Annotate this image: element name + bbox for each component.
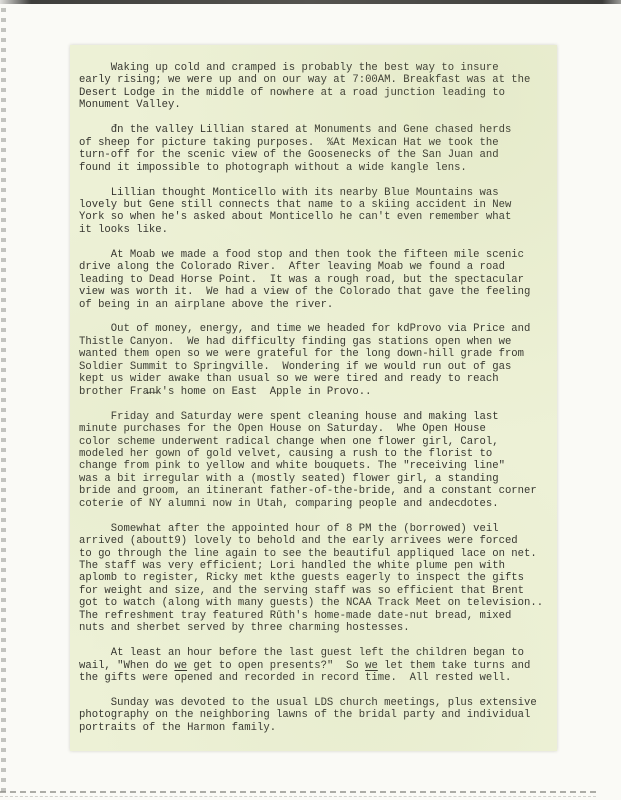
paragraph: Out of money, energy, and time we headed…: [79, 323, 554, 398]
paragraph: At Moab we made a food stop and then too…: [79, 249, 554, 311]
typed-line: coterie of NY alumni now in Utah, compar…: [79, 498, 554, 510]
typed-line: brother Fra̶n̶k's home on East Apple in …: [79, 386, 554, 398]
typed-line: it looks like.: [79, 224, 554, 236]
typed-line: Thistle Canyon. We had difficulty findin…: [79, 336, 554, 348]
binding-hole-marks: [1, 8, 6, 794]
typed-line: drive along the Colorado River. After le…: [79, 261, 554, 273]
paragraph: Somewhat after the appointed hour of 8 P…: [79, 523, 554, 635]
paragraph: Waking up cold and cramped is probably t…: [79, 62, 554, 112]
paragraph: đn the valley Lillian stared at Monument…: [79, 124, 554, 174]
typed-line: the gifts were opened and recorded in re…: [79, 672, 554, 684]
paragraph: Friday and Saturday were spent cleaning …: [79, 411, 554, 511]
typed-line: of sheep for picture taking purposes. %A…: [79, 137, 554, 149]
typed-line: color scheme underwent radical change wh…: [79, 436, 554, 448]
typed-line: Somewhat after the appointed hour of 8 P…: [79, 523, 554, 535]
typed-line: At Moab we made a food stop and then too…: [79, 249, 554, 261]
perforation-dashes: [0, 791, 596, 793]
typed-line: kept us wider awake than usual so we wer…: [79, 373, 554, 385]
typed-line: The staff was very efficient; Lori handl…: [79, 560, 554, 572]
typed-line: Soldier Summit to Springville. Wondering…: [79, 361, 554, 373]
typed-line: The refreshment tray featured Rūth's hom…: [79, 610, 554, 622]
typed-line: Desert Lodge in the middle of nowhere at…: [79, 87, 554, 99]
typed-line: of being in an airplane above the river.: [79, 299, 554, 311]
typed-line: view was worth it. We had a view of the …: [79, 286, 554, 298]
paragraph: At least an hour before the last guest l…: [79, 647, 554, 684]
scan-top-edge: [0, 0, 621, 4]
paragraph: Sunday was devoted to the usual LDS chur…: [79, 697, 554, 734]
typed-line: for weight and size, and the serving sta…: [79, 585, 554, 597]
typed-line: got to watch (along with many guests) th…: [79, 597, 554, 609]
typed-line: aplomb to register, Ricky met kthe guest…: [79, 572, 554, 584]
typed-line: Out of money, energy, and time we headed…: [79, 323, 554, 335]
typed-line: Sunday was devoted to the usual LDS chur…: [79, 697, 554, 709]
typed-line: change from pink to yellow and white bou…: [79, 460, 554, 472]
paper-sheet: Waking up cold and cramped is probably t…: [70, 45, 557, 751]
typed-line: Lillian thought Monticello with its near…: [79, 187, 554, 199]
typed-line: leading to Dead Horse Point. It was a ro…: [79, 274, 554, 286]
typed-line: modeled her gown of gold velvet, causing…: [79, 448, 554, 460]
typed-line: wail, "When do we get to open presents?"…: [79, 660, 554, 672]
typed-line: At least an hour before the last guest l…: [79, 647, 554, 659]
typed-line: bride and groom, an itinerant father-of-…: [79, 485, 554, 497]
typed-line: arrived (aboutt9) lovely to behold and t…: [79, 535, 554, 547]
typed-line: đn the valley Lillian stared at Monument…: [79, 124, 554, 136]
paragraph: Lillian thought Monticello with its near…: [79, 187, 554, 237]
typed-text: Waking up cold and cramped is probably t…: [79, 62, 554, 747]
typed-line: Friday and Saturday were spent cleaning …: [79, 411, 554, 423]
typed-line: lovely but Gene still connects that name…: [79, 199, 554, 211]
typed-line: portraits of the Harmon family.: [79, 722, 554, 734]
typed-line: Monument Valley.: [79, 99, 554, 111]
typed-line: to go through the line again to see the …: [79, 548, 554, 560]
typed-line: turn-off for the scenic view of the Goos…: [79, 149, 554, 161]
typed-line: early rising; we were up and on our way …: [79, 74, 554, 86]
perforation-dashes-faint: [0, 796, 596, 797]
typed-line: minute purchases for the Open House on S…: [79, 423, 554, 435]
typed-line: wanted them open so we were grateful for…: [79, 348, 554, 360]
typed-line: nuts and sherbet served by three charmin…: [79, 622, 554, 634]
typed-line: photography on the neighboring lawns of …: [79, 709, 554, 721]
typed-line: Waking up cold and cramped is probably t…: [79, 62, 554, 74]
typed-line: York so when he's asked about Monticello…: [79, 211, 554, 223]
scanned-page: Waking up cold and cramped is probably t…: [0, 0, 621, 800]
typed-line: was a bit irregular with a (mostly seate…: [79, 473, 554, 485]
typed-line: found it impossible to photograph withou…: [79, 162, 554, 174]
